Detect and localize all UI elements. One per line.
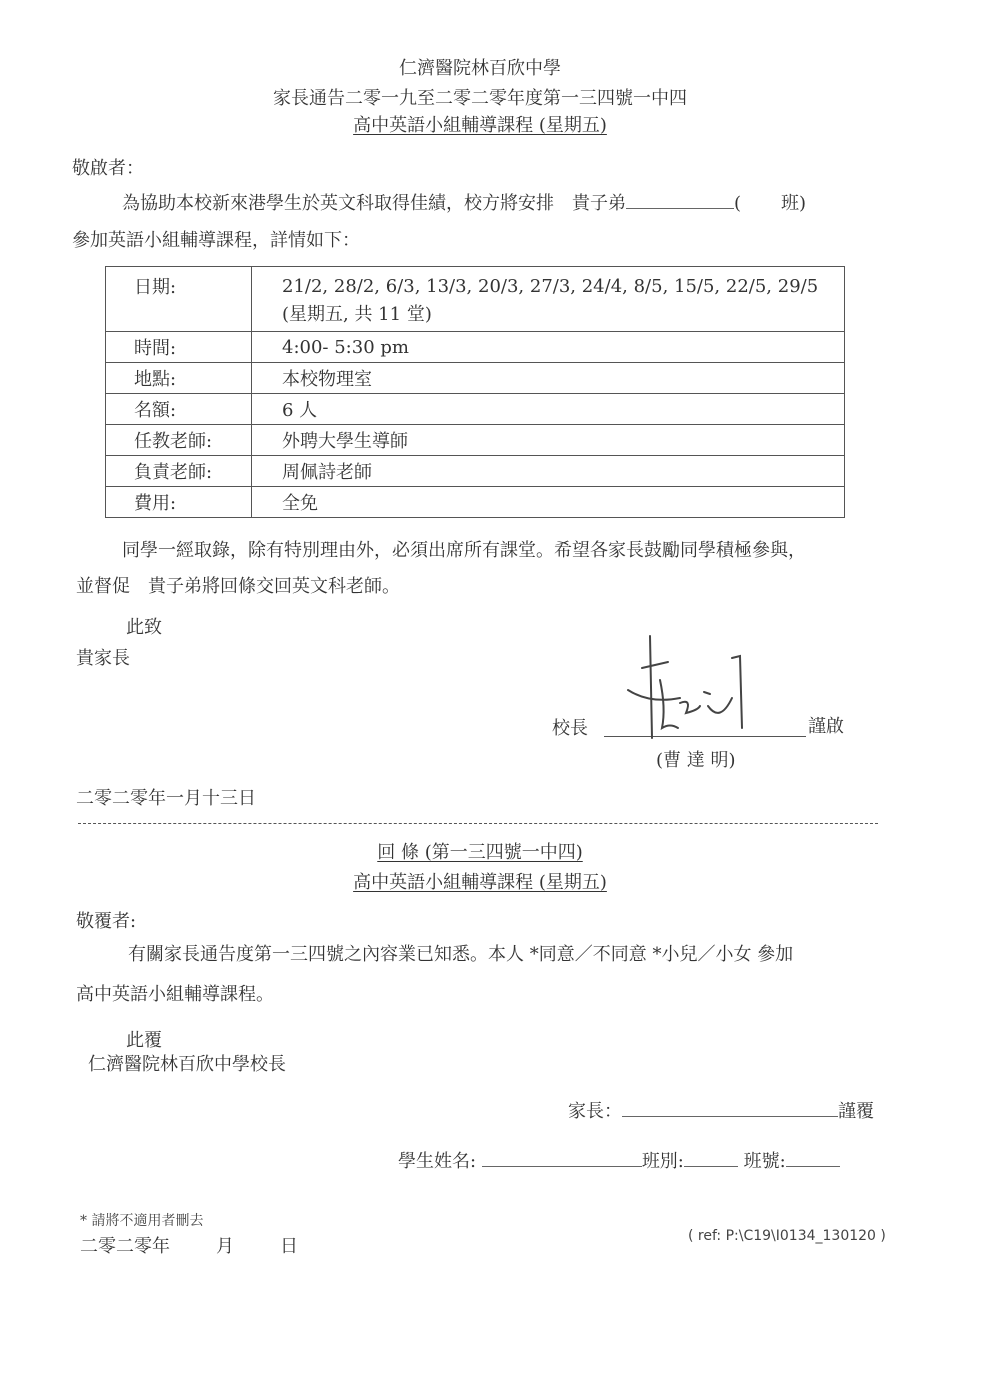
body-line-1: 同學一經取錄，除有特別理由外，必須出席所有課堂。希望各家長鼓勵同學積極參與， <box>122 540 806 562</box>
reply-title-wrap: 回 條 (第一三四號一中四) <box>0 842 960 864</box>
date-list: 21/2, 28/2, 6/3, 13/3, 20/3, 27/3, 24/4,… <box>282 273 844 301</box>
class-label: 班別: <box>642 1151 684 1172</box>
course-details-table: 日期: 21/2, 28/2, 6/3, 13/3, 20/3, 27/3, 2… <box>105 266 845 518</box>
reply-body-line-2: 高中英語小組輔導課程。 <box>76 984 274 1006</box>
class-suffix: 班) <box>781 193 806 214</box>
value-tutor: 外聘大學生導師 <box>252 425 845 456</box>
notice-number: 家長通告二零一九至二零二零年度第一三四號一中四 <box>0 88 960 110</box>
student-name-field[interactable] <box>482 1148 642 1167</box>
signature-icon <box>620 628 770 743</box>
class-no-field[interactable] <box>786 1148 840 1167</box>
reply-closing: 此覆 <box>126 1030 162 1052</box>
reply-body-line-1: 有關家長通告度第一三四號之內容業已知悉。本人 *同意／不同意 *小兒／小女 參加 <box>128 944 793 966</box>
label-fee: 費用: <box>106 487 252 518</box>
reply-date-year: 二零二零年 <box>80 1236 170 1257</box>
parent-signoff: 謹覆 <box>838 1101 874 1122</box>
label-date: 日期: <box>106 267 252 332</box>
reply-date-month: 月 <box>216 1236 234 1257</box>
parent-signature-field[interactable] <box>622 1098 838 1117</box>
footnote: * 請將不適用者刪去 <box>80 1212 203 1230</box>
student-name-blank[interactable] <box>626 190 734 209</box>
label-quota: 名額: <box>106 394 252 425</box>
reply-course-title-wrap: 高中英語小組輔導課程 (星期五) <box>0 872 960 894</box>
reply-salutation: 敬覆者: <box>76 911 136 933</box>
reply-date-row: 二零二零年月日 <box>80 1236 298 1258</box>
parent-label: 家長： <box>568 1101 622 1122</box>
value-date: 21/2, 28/2, 6/3, 13/3, 20/3, 27/3, 24/4,… <box>252 267 845 332</box>
table-row-teacher-in-charge: 負責老師: 周佩詩老師 <box>106 456 845 487</box>
table-row-fee: 費用: 全免 <box>106 487 845 518</box>
table-row-date: 日期: 21/2, 28/2, 6/3, 13/3, 20/3, 27/3, 2… <box>106 267 845 332</box>
table-row-venue: 地點: 本校物理室 <box>106 363 845 394</box>
reference-code: ( ref: P:\C19\I0134_130120 ) <box>688 1228 886 1244</box>
signoff: 謹啟 <box>808 716 844 738</box>
class-open: ( <box>734 193 741 214</box>
reply-title: 回 條 (第一三四號一中四) <box>377 842 583 863</box>
student-info-row: 學生姓名: 班別: 班號: <box>398 1148 840 1173</box>
parent-signature-row: 家長：謹覆 <box>568 1098 874 1123</box>
label-venue: 地點: <box>106 363 252 394</box>
reply-course-title: 高中英語小組輔導課程 (星期五) <box>353 872 607 893</box>
signer-name: (曹 達 明) <box>656 750 736 772</box>
intro-line-2: 參加英語小組輔導課程，詳情如下： <box>72 230 360 252</box>
reply-recipient: 仁濟醫院林百欣中學校長 <box>88 1054 286 1076</box>
student-name-label: 學生姓名: <box>398 1151 476 1172</box>
value-quota: 6 人 <box>252 394 845 425</box>
tear-off-divider <box>78 823 878 824</box>
intro-line-1: 為協助本校新來港學生於英文科取得佳績，校方將安排 貴子弟(班) <box>122 190 806 215</box>
class-no-label: 班號: <box>744 1151 786 1172</box>
intro-text: 為協助本校新來港學生於英文科取得佳績，校方將安排 貴子弟 <box>122 193 626 214</box>
value-venue: 本校物理室 <box>252 363 845 394</box>
closing: 此致 <box>126 617 162 639</box>
course-title-wrap: 高中英語小組輔導課程 (星期五) <box>0 115 960 137</box>
value-teacher-in-charge: 周佩詩老師 <box>252 456 845 487</box>
label-tutor: 任教老師: <box>106 425 252 456</box>
letter-date: 二零二零年一月十三日 <box>76 788 256 810</box>
label-teacher-in-charge: 負責老師: <box>106 456 252 487</box>
body-line-2: 並督促 貴子弟將回條交回英文科老師。 <box>76 576 400 598</box>
table-row-quota: 名額: 6 人 <box>106 394 845 425</box>
table-row-tutor: 任教老師: 外聘大學生導師 <box>106 425 845 456</box>
salutation: 敬啟者： <box>72 158 144 180</box>
class-field[interactable] <box>684 1148 738 1167</box>
value-time: 4:00- 5:30 pm <box>252 332 845 363</box>
table-row-time: 時間: 4:00- 5:30 pm <box>106 332 845 363</box>
reply-date-day: 日 <box>280 1236 298 1257</box>
school-name: 仁濟醫院林百欣中學 <box>0 58 960 80</box>
date-summary: (星期五, 共 11 堂) <box>282 301 844 329</box>
recipient: 貴家長 <box>76 648 130 670</box>
value-fee: 全免 <box>252 487 845 518</box>
label-time: 時間: <box>106 332 252 363</box>
signer-title: 校長 <box>552 718 588 740</box>
course-title: 高中英語小組輔導課程 (星期五) <box>353 115 607 136</box>
